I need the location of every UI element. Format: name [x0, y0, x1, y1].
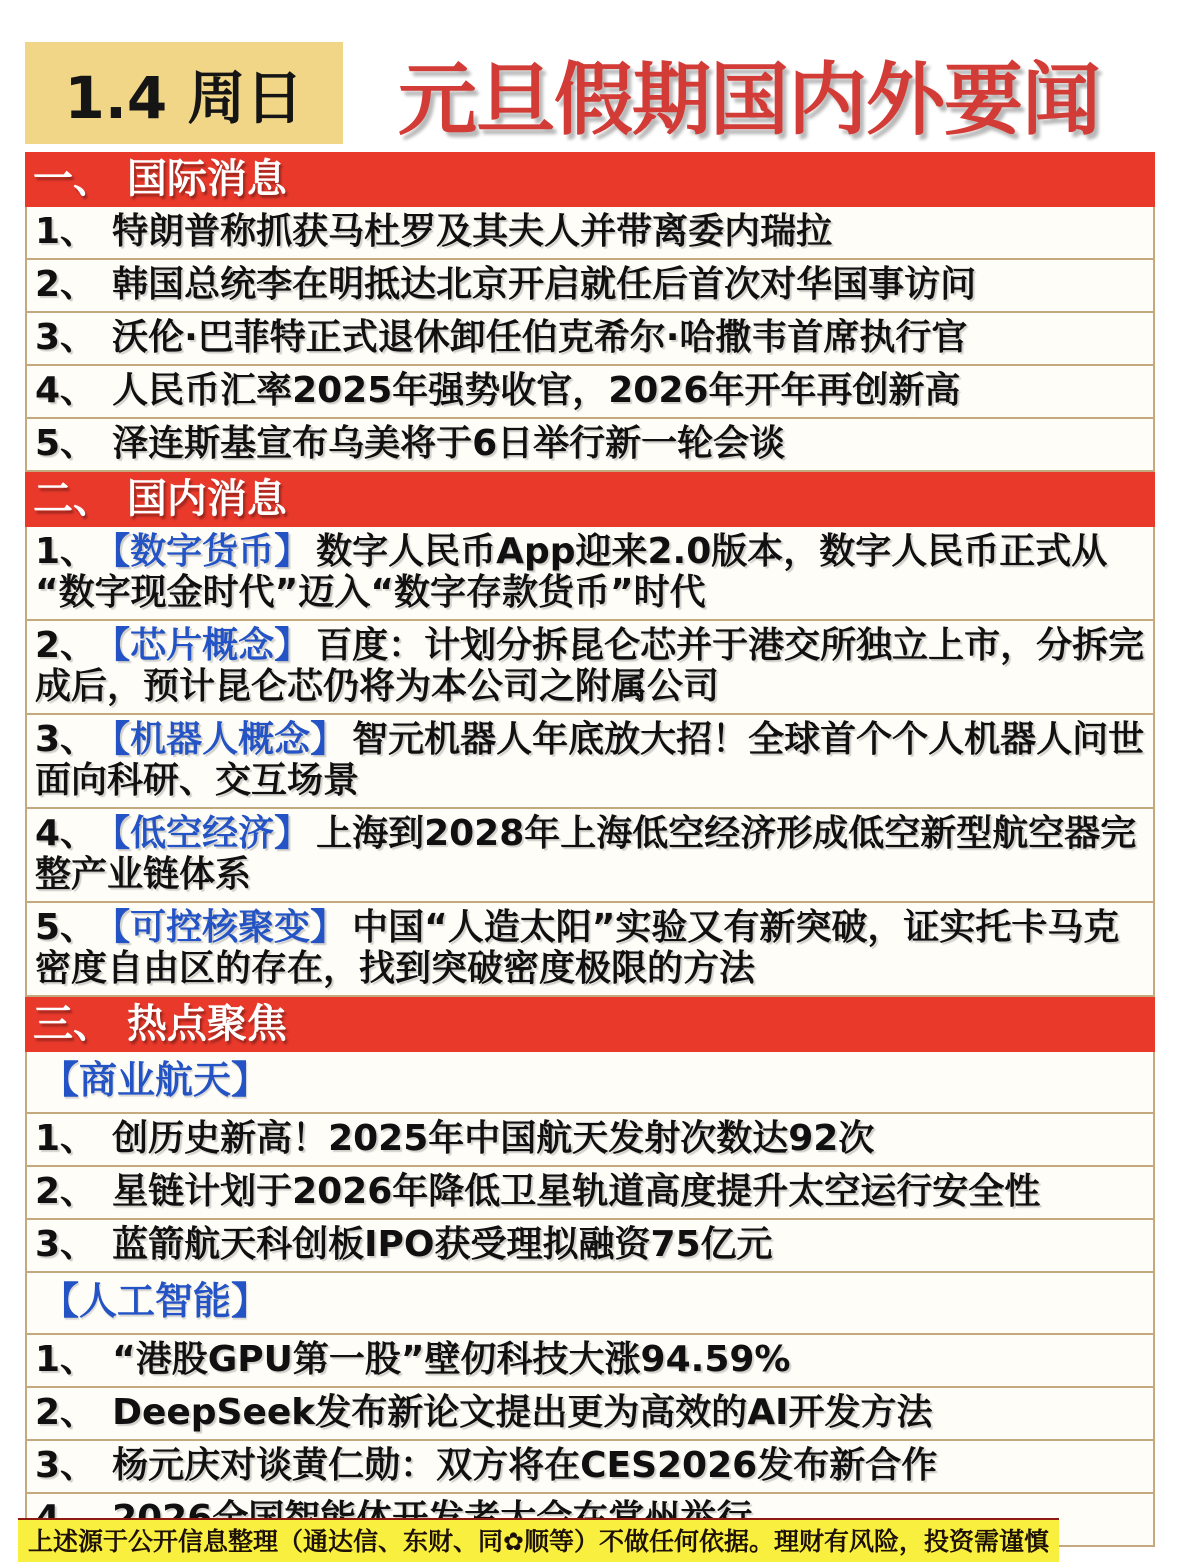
- date-label: 1.4 周日: [65, 51, 304, 135]
- item-number: 2、: [35, 1171, 96, 1212]
- item-text: 特朗普称抓获马杜罗及其夫人并带离委内瑞拉: [112, 211, 832, 252]
- news-item: 1、【数字货币】数字人民币App迎来2.0版本，数字人民币正式从“数字现金时代”…: [27, 527, 1153, 621]
- page-title: 元旦假期国内外要闻: [343, 36, 1155, 150]
- page-header: 1.4 周日 元旦假期国内外要闻: [25, 42, 1155, 144]
- news-item: 1、创历史新高！2025年中国航天发射次数达92次: [27, 1114, 1153, 1167]
- topic-tag: 【低空经济】: [112, 813, 310, 854]
- item-number: 1、: [35, 1118, 96, 1159]
- item-number: 2、: [35, 625, 96, 666]
- section-hot-focus-rows: 【商业航天】 1、创历史新高！2025年中国航天发射次数达92次 2、星链计划于…: [25, 1052, 1155, 1547]
- news-item: 2、【芯片概念】百度：计划分拆昆仑芯并于港交所独立上市，分拆完成后，预计昆仑芯仍…: [27, 621, 1153, 715]
- news-item: 5、【可控核聚变】中国“人造太阳”实验又有新突破，证实托卡马克密度自由区的存在，…: [27, 903, 1153, 997]
- news-item: 3、【机器人概念】智元机器人年底放大招！全球首个个人机器人问世面向科研、交互场景: [27, 715, 1153, 809]
- news-digest-page: 1.4 周日 元旦假期国内外要闻 一、 国际消息 1、特朗普称抓获马杜罗及其夫人…: [0, 0, 1179, 1547]
- subsection-label-commercial-space: 【商业航天】: [27, 1052, 1153, 1114]
- item-text: 沃伦·巴菲特正式退休卸任伯克希尔·哈撒韦首席执行官: [112, 317, 967, 358]
- item-text: 蓝箭航天科创板IPO获受理拟融资75亿元: [112, 1224, 772, 1265]
- section-international-rows: 1、特朗普称抓获马杜罗及其夫人并带离委内瑞拉 2、韩国总统李在明抵达北京开启就任…: [25, 207, 1155, 472]
- item-number: 3、: [35, 1445, 96, 1486]
- item-number: 4、: [35, 813, 96, 854]
- item-text: 韩国总统李在明抵达北京开启就任后首次对华国事访问: [112, 264, 976, 305]
- news-item: 1、“港股GPU第一股”壁仞科技大涨94.59%: [27, 1335, 1153, 1388]
- disclaimer-bar: 上述源于公开信息整理（通达信、东财、同✿顺等）不做任何依据。理财有风险，投资需谨…: [18, 1518, 1059, 1562]
- item-text: 创历史新高！2025年中国航天发射次数达92次: [112, 1118, 874, 1159]
- topic-tag: 【可控核聚变】: [112, 907, 346, 948]
- news-item: 1、特朗普称抓获马杜罗及其夫人并带离委内瑞拉: [27, 207, 1153, 260]
- topic-tag: 【数字货币】: [112, 531, 310, 572]
- news-item: 3、沃伦·巴菲特正式退休卸任伯克希尔·哈撒韦首席执行官: [27, 313, 1153, 366]
- subsection-label-artificial-intelligence: 【人工智能】: [27, 1273, 1153, 1335]
- date-badge: 1.4 周日: [25, 42, 343, 144]
- news-item: 5、泽连斯基宣布乌美将于6日举行新一轮会谈: [27, 419, 1153, 472]
- item-text: 泽连斯基宣布乌美将于6日举行新一轮会谈: [112, 423, 785, 464]
- news-item: 4、人民币汇率2025年强势收官，2026年开年再创新高: [27, 366, 1153, 419]
- item-number: 2、: [35, 1392, 96, 1433]
- news-item: 2、星链计划于2026年降低卫星轨道高度提升太空运行安全性: [27, 1167, 1153, 1220]
- item-text: 杨元庆对谈黄仁勋：双方将在CES2026发布新合作: [112, 1445, 937, 1486]
- item-number: 2、: [35, 264, 96, 305]
- news-item: 2、韩国总统李在明抵达北京开启就任后首次对华国事访问: [27, 260, 1153, 313]
- item-text: 星链计划于2026年降低卫星轨道高度提升太空运行安全性: [112, 1171, 1040, 1212]
- section-heading-domestic: 二、 国内消息: [25, 472, 1155, 527]
- news-item: 3、蓝箭航天科创板IPO获受理拟融资75亿元: [27, 1220, 1153, 1273]
- item-number: 1、: [35, 211, 96, 252]
- item-number: 3、: [35, 317, 96, 358]
- item-number: 5、: [35, 423, 96, 464]
- section-heading-international: 一、 国际消息: [25, 152, 1155, 207]
- item-number: 1、: [35, 1339, 96, 1380]
- item-text: DeepSeek发布新论文提出更为高效的AI开发方法: [112, 1392, 932, 1433]
- item-number: 3、: [35, 719, 96, 760]
- news-item: 4、【低空经济】上海到2028年上海低空经济形成低空新型航空器完整产业链体系: [27, 809, 1153, 903]
- item-number: 1、: [35, 531, 96, 572]
- item-number: 3、: [35, 1224, 96, 1265]
- news-item: 2、DeepSeek发布新论文提出更为高效的AI开发方法: [27, 1388, 1153, 1441]
- item-text: “港股GPU第一股”壁仞科技大涨94.59%: [112, 1339, 790, 1380]
- item-text: 人民币汇率2025年强势收官，2026年开年再创新高: [112, 370, 960, 411]
- item-number: 4、: [35, 370, 96, 411]
- section-domestic-rows: 1、【数字货币】数字人民币App迎来2.0版本，数字人民币正式从“数字现金时代”…: [25, 527, 1155, 997]
- section-heading-hot-focus: 三、 热点聚焦: [25, 997, 1155, 1052]
- item-number: 5、: [35, 907, 96, 948]
- topic-tag: 【机器人概念】: [112, 719, 346, 760]
- topic-tag: 【芯片概念】: [112, 625, 310, 666]
- news-item: 3、杨元庆对谈黄仁勋：双方将在CES2026发布新合作: [27, 1441, 1153, 1494]
